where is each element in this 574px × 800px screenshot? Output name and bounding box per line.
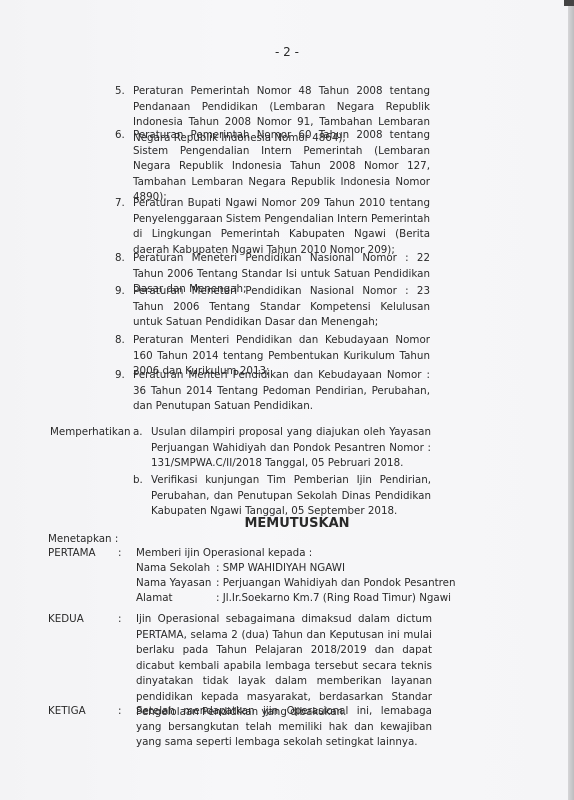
- pertama-label: PERTAMA: [48, 546, 96, 562]
- item-text: Peraturan Menteri Pendidikan dan Kebuday…: [133, 368, 430, 415]
- page-number: - 2 -: [0, 45, 574, 59]
- memperhatikan-item: a. Usulan dilampiri proposal yang diajuk…: [151, 425, 431, 472]
- regulation-item: 6. Peraturan Pemerintah Nomor 60 Tahun 2…: [133, 128, 430, 206]
- memperhatikan-label: Memperhatikan: [50, 425, 131, 441]
- colon: :: [118, 613, 121, 625]
- item-text: Peraturan Bupati Ngawi Nomor 209 Tahun 2…: [133, 196, 430, 258]
- scan-corner: [564, 0, 574, 6]
- ketiga-label: KETIGA: [48, 704, 86, 720]
- pertama-intro: Memberi ijin Operasional kepada :: [136, 546, 312, 562]
- regulation-item: 9. Peraturan Meneteri Pendidikan Nasiona…: [133, 284, 430, 331]
- item-number: b.: [133, 473, 143, 489]
- item-number: 9.: [115, 284, 125, 300]
- item-number: 9.: [115, 368, 125, 384]
- item-number: 7.: [115, 196, 125, 212]
- field-key: Alamat: [136, 591, 216, 607]
- item-number: 5.: [115, 84, 125, 100]
- field-key: Nama Yayasan: [136, 576, 216, 592]
- item-number: 6.: [115, 128, 125, 144]
- regulation-item: 9. Peraturan Menteri Pendidikan dan Kebu…: [133, 368, 430, 415]
- field-key: Nama Sekolah: [136, 561, 216, 577]
- item-text: Verifikasi kunjungan Tim Pemberian Ijin …: [151, 473, 431, 520]
- field-row: Nama Sekolah: SMP WAHIDIYAH NGAWI: [136, 561, 345, 577]
- ketiga-text: Setelah mendapatkan ijin Operasional ini…: [136, 704, 432, 751]
- item-number: a.: [133, 425, 143, 441]
- item-text: Usulan dilampiri proposal yang diajukan …: [151, 425, 431, 472]
- field-row: Nama Yayasan: Perjuangan Wahidiyah dan P…: [136, 576, 456, 592]
- field-value: : Perjuangan Wahidiyah dan Pondok Pesant…: [216, 577, 456, 589]
- menetapkan-text: Menetapkan: [48, 533, 112, 545]
- item-text: Peraturan Pemerintah Nomor 60 Tahun 2008…: [133, 128, 430, 206]
- page-edge: [568, 0, 574, 800]
- decision-title: MEMUTUSKAN: [0, 516, 574, 531]
- field-value: : Jl.Ir.Soekarno Km.7 (Ring Road Timur) …: [216, 592, 451, 604]
- colon: :: [115, 533, 118, 545]
- item-number: 8.: [115, 333, 125, 349]
- colon: :: [118, 547, 121, 559]
- colon: :: [118, 705, 121, 717]
- item-text: Peraturan Meneteri Pendidikan Nasional N…: [133, 284, 430, 331]
- field-row: Alamat: Jl.Ir.Soekarno Km.7 (Ring Road T…: [136, 591, 451, 607]
- field-value: : SMP WAHIDIYAH NGAWI: [216, 562, 345, 574]
- item-number: 8.: [115, 251, 125, 267]
- kedua-label: KEDUA: [48, 612, 84, 628]
- memperhatikan-item: b. Verifikasi kunjungan Tim Pemberian Ij…: [151, 473, 431, 520]
- regulation-item: 7. Peraturan Bupati Ngawi Nomor 209 Tahu…: [133, 196, 430, 258]
